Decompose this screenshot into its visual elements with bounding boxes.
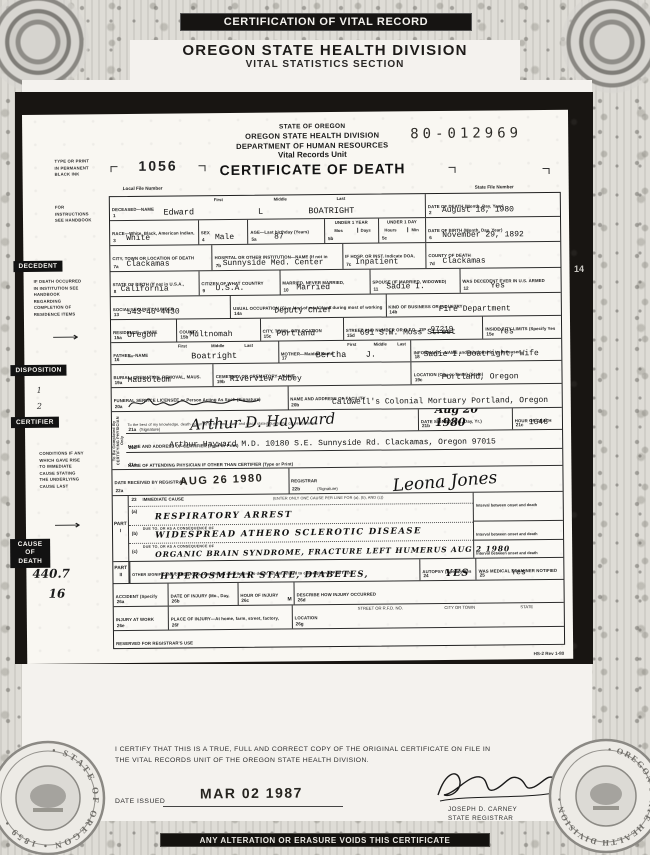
spouse-value: Sadie I. <box>386 282 424 291</box>
field-date-signed: DATE SIGNED (Mo., Day, Yr.) 21b Aug 20 1… <box>418 408 512 430</box>
field-deceased-name-label: DECEASED—NAME <box>112 207 154 212</box>
county-of-death-value: Clackamas <box>442 257 485 266</box>
race-value: White <box>126 234 150 243</box>
field-number: 21c <box>516 422 524 427</box>
side-mark: 14 <box>574 264 584 274</box>
field-date-received: DATE RECEIVED BY REGISTRAR 22a AUG 26 19… <box>112 468 288 495</box>
date-issued-label: DATE ISSUED <box>115 798 165 805</box>
registrar-sub-label: (Signature) <box>317 486 338 491</box>
field-mother-name: MOTHER—Maiden Name First Middle Last 17 … <box>278 340 411 362</box>
registration-mark <box>198 165 205 171</box>
margin-decedent-note: IF DEATH OCCURRED IN INSTITUTION SEE HAN… <box>34 278 86 317</box>
margin-tag-disposition: DISPOSITION <box>10 365 66 377</box>
field-residence-street: STREET AND NUMBER OR R.F.D., ZIP 97219 1… <box>343 317 483 340</box>
field-number: 26a <box>117 599 125 604</box>
field-number: 17 <box>282 355 287 360</box>
field-residence-city: CITY, TOWN, OR LOCATION 15c Portland <box>259 318 342 341</box>
inside-city-limits-value: Yes <box>499 327 513 336</box>
field-number: 15e <box>486 331 494 336</box>
field-race-label: RACE—White, Black, American Indian, etc.… <box>112 230 194 245</box>
field-number: 1 <box>113 213 116 218</box>
field-number: 21d <box>129 445 137 450</box>
residence-county-value: Multnomah <box>189 330 232 339</box>
field-number: 14b <box>389 309 397 314</box>
registration-mark <box>543 168 550 174</box>
alteration-warning-banner: ANY ALTERATION OR ERASURE VOIDS THIS CER… <box>160 833 490 847</box>
cause-a-value: RESPIRATORY ARREST <box>155 510 293 522</box>
certifying-physician-vertical-note: To Be Completed By CERTIFYING PHYSICIAN … <box>112 412 126 469</box>
field-ssn: SOCIAL SECURITY NUMBER 13 543-46-4430 <box>111 296 230 319</box>
reserved-label: RESERVED FOR REGISTRAR'S USE <box>116 640 193 646</box>
field-number: 26e <box>117 623 125 628</box>
registration-mark <box>449 167 456 173</box>
sub-first: First <box>178 343 187 348</box>
sub-mos: Mos <box>334 228 342 233</box>
field-spouse: SPOUSE (IF MARRIED, WIDOWED) 11 Sadie I. <box>369 269 459 294</box>
photocopy-region: 14 STATE OF OREGON OREGON STATE HEALTH D… <box>15 92 593 664</box>
sub-city-or-town: CITY OR TOWN <box>444 605 475 610</box>
field-number: 20b <box>291 402 299 407</box>
certificate-page: CERTIFICATION OF VITAL RECORD OREGON STA… <box>0 0 650 855</box>
field-injury-location-label: LOCATION <box>295 615 318 620</box>
field-certifier-signature: To the best of my knowledge, death occur… <box>125 409 418 433</box>
deceased-middle-name: L <box>258 207 263 217</box>
autopsy-value: YES <box>445 568 469 579</box>
state-registrar-signature <box>430 765 560 807</box>
industry-value: Fire Department <box>439 304 511 314</box>
medical-examiner-value: Yes <box>511 568 525 577</box>
field-date-of-death: DATE OF DEATH (Month, Day, Year) 2 Augus… <box>425 193 560 217</box>
sub-first: First <box>347 342 356 347</box>
field-date-of-injury: DATE OF INJURY (Mo., Day, Yr.) 26b <box>168 583 238 606</box>
certificate-sheet: STATE OF OREGON OREGON STATE HEALTH DIVI… <box>22 110 573 664</box>
margin-tag-cause-of-death: CAUSE OF DEATH <box>10 539 50 569</box>
immediate-cause-label: IMMEDIATE CAUSE <box>142 496 184 502</box>
field-number: 21e <box>129 462 137 467</box>
field-industry: KIND OF BUSINESS OR INDUSTRY 14b Fire De… <box>385 293 561 317</box>
state-registrar-name: JOSEPH D. CARNEY <box>448 805 517 814</box>
copy-certification-text: I CERTIFY THAT THIS IS A TRUE, FULL AND … <box>115 745 490 767</box>
margin-tag-decedent: DECEDENT <box>13 261 62 272</box>
hour-of-death-value: 1646 <box>529 418 548 427</box>
sub-middle: Middle <box>274 196 287 201</box>
division-title: OREGON STATE HEALTH DIVISION <box>130 40 520 59</box>
field-number: 11 <box>373 287 378 292</box>
field-citizen: CITIZEN OF WHAT COUNTRY 9 U.S.A. <box>198 271 279 296</box>
field-number: 26f <box>172 623 179 628</box>
field-occupation: USUAL OCCUPATION (Give kind of work done… <box>230 295 385 318</box>
immediate-cause-note: (ENTER ONLY ONE CAUSE PER LINE FOR (a), … <box>273 496 383 502</box>
field-number: 7b <box>216 263 221 268</box>
field-number: 25 <box>480 573 485 578</box>
field-number: 13 <box>114 312 119 317</box>
father-name-value: Boatright <box>191 351 237 361</box>
division-header: OREGON STATE HEALTH DIVISION VITAL STATI… <box>130 40 520 80</box>
sub-min: Min <box>408 227 419 232</box>
field-number: 3 <box>113 238 116 243</box>
field-hospital-status: IF HOSP. OR INST. Indicate DOA, OP/Emer.… <box>342 243 425 269</box>
date-received-stamp: AUG 26 1980 <box>179 472 263 488</box>
alteration-warning-text: ANY ALTERATION OR ERASURE VOIDS THIS CER… <box>200 836 451 845</box>
certificate-title: CERTIFICATE OF DEATH <box>190 160 434 180</box>
field-number: 23 <box>131 497 136 502</box>
certificate-header: STATE OF OREGON OREGON STATE HEALTH DIVI… <box>190 122 435 180</box>
informant-value: Sadie I. Boatright, Wife <box>424 349 539 359</box>
field-race: RACE—White, Black, American Indian, etc.… <box>110 220 198 245</box>
field-under-1-year: UNDER 1 YEAR Mos Days 5b <box>324 219 378 244</box>
field-number: 20a <box>115 404 123 409</box>
cause-b-letter: (b) <box>132 530 138 535</box>
field-hour-of-death: HOUR OF DEATH 21c 1646 <box>512 408 562 429</box>
field-cemetery: CEMETERY OR CREMATORY—NAME 19b Riverview… <box>213 362 411 386</box>
state-file-stamp-number: 80-012969 <box>410 125 522 142</box>
citizen-value: U.S.A. <box>215 284 244 293</box>
field-under-1-year-label: UNDER 1 YEAR <box>327 220 376 226</box>
sub-first: First <box>214 197 223 202</box>
field-number: 22a <box>116 488 124 493</box>
field-describe-injury: DESCRIBE HOW INJURY OCCURRED 26d <box>293 580 563 605</box>
registrar-signature-value: Leona Jones <box>392 468 498 494</box>
hospital-value: Sunnyside Med. Center <box>223 258 324 268</box>
sub-last: Last <box>397 341 406 346</box>
deceased-last-name: BOATRIGHT <box>308 206 354 216</box>
margin-handwritten-mark-1: 1 <box>37 383 42 400</box>
field-residence-state: RESIDENCE—STATE 15a Oregon <box>111 320 176 343</box>
field-number: 18 <box>415 354 420 359</box>
arrow-right-icon: ⟶ <box>52 330 79 343</box>
field-accident: ACCIDENT (Specify Yes or No) 26a <box>114 584 168 607</box>
field-number: 5c <box>382 236 387 241</box>
ssn-value: 543-46-4430 <box>127 307 180 317</box>
margin-tag-certifier: CERTIFIER <box>11 417 59 428</box>
date-issued-stamp: MAR 02 1987 <box>200 785 303 802</box>
field-number: 7a <box>113 264 118 269</box>
date-of-death-value: August 18, 1980 <box>442 205 514 215</box>
certification-banner: CERTIFICATION OF VITAL RECORD <box>180 13 472 31</box>
date-of-birth-value: November 29, 1892 <box>442 230 524 240</box>
certifier-name-value: Arthur Hayward M.D. 10180 S.E. Sunnyside… <box>169 437 496 449</box>
field-sex-label: SEX <box>201 230 210 235</box>
field-hour-of-injury: HOUR OF INJURY 26c M <box>237 582 293 605</box>
form-grid: DECEASED—NAME First Middle Last 1 Edward… <box>109 192 565 649</box>
field-funeral-licensee: FUNERAL SERVICE LICENSEE or Person Actin… <box>112 386 288 411</box>
cemetery-value: Riverview Abbey <box>230 374 302 384</box>
occupation-value: Deputy Chief <box>274 306 332 316</box>
margin-instructions-note: FOR INSTRUCTIONS SEE HANDBOOK <box>55 204 95 224</box>
hospital-status-value: Inpatient <box>355 257 398 266</box>
deceased-first-name: Edward <box>163 207 194 217</box>
field-number: 15d <box>347 333 355 338</box>
sub-middle: Middle <box>374 342 387 347</box>
state-file-label: State File Number <box>475 184 514 189</box>
field-autopsy: AUTOPSY (Specify Yes or No) 24 YES <box>419 559 475 581</box>
state-of-oregon-seal: • STATE OF OREGON • 1859 • <box>0 738 108 855</box>
margin-code-2: 16 <box>49 587 66 601</box>
field-number: 7c <box>346 262 351 267</box>
field-disposition-location: LOCATION (City or Town) (State) 19c Port… <box>411 361 562 384</box>
sex-value: Male <box>215 233 234 242</box>
registration-mark <box>110 166 117 172</box>
health-division-seal: • OREGON STATE HEALTH DIVISION • <box>546 736 650 855</box>
margin-handwritten-mark-2: 2 <box>37 399 42 416</box>
field-number: 26g <box>296 621 304 626</box>
residence-state-value: Oregon <box>127 331 156 340</box>
interval-label-a: Interval between onset and death <box>476 502 537 508</box>
field-marital-status: MARRIED, NEVER MARRIED, WIDOWED, DIVORCE… <box>279 270 369 295</box>
field-disposition-type: BURIAL, CREMATION, REMOVAL, MAUS. (Speci… <box>111 364 212 387</box>
field-number: 8 <box>114 289 117 294</box>
age-value: 87 <box>274 232 284 241</box>
field-number: 15c <box>264 334 272 339</box>
sub-last: Last <box>244 343 253 348</box>
field-deceased-name: DECEASED—NAME First Middle Last 1 Edward… <box>110 194 425 220</box>
form-number: HS-2 Rev 1-80 <box>534 651 565 656</box>
sub-street: STREET OR R.F.D. NO. <box>358 605 403 610</box>
mother-middle-initial: J. <box>366 350 376 360</box>
field-under-1-day: UNDER 1 DAY Hours Min 5c <box>378 218 425 242</box>
field-date-of-birth: DATE OF BIRTH (Month, Day, Year) 6 Novem… <box>425 217 560 242</box>
field-age: AGE—Last birthday (Years) 5a 87 <box>247 219 324 244</box>
field-place-of-injury-label: PLACE OF INJURY—At home, farm, street, f… <box>171 616 279 630</box>
field-registrar-label: REGISTRAR <box>291 478 317 483</box>
part-two-label-2: II <box>113 573 128 580</box>
certifier-signature-value: Arthur D. Hayward <box>189 409 335 433</box>
facility-value: Caldwell's Colonial Mortuary Portland, O… <box>332 396 548 407</box>
date-signed-value: Aug 20 1980 <box>435 408 512 429</box>
cause-a-letter: (a) <box>132 509 138 514</box>
field-residence-county: COUNTY 15b Multnomah <box>176 319 259 342</box>
sub-last: Last <box>337 196 346 201</box>
armed-forces-value: Yes <box>490 281 504 290</box>
margin-code-1: 440.7 <box>32 567 70 581</box>
field-number: 4 <box>202 237 205 242</box>
hour-of-injury-m-mark: M <box>287 596 291 602</box>
date-issued-line <box>163 806 343 807</box>
interval-label-b: Interval between onset and death <box>476 531 537 537</box>
field-number: 5a <box>251 237 256 242</box>
field-number: 19a <box>115 380 123 385</box>
part-two-strip: PART II <box>113 562 129 583</box>
field-informant: INFORMANT—NAME and relationship to decea… <box>410 339 561 361</box>
signature-sub-label: (Signature) <box>139 427 160 432</box>
field-facility: NAME AND ADDRESS OF FACILITY 20b Caldwel… <box>287 384 562 410</box>
sub-state: STATE <box>520 604 533 609</box>
arrow-right-icon: ⟶ <box>54 518 81 531</box>
field-inside-city-limits-label: INSIDE CITY LIMITS (Specify Yes or No) <box>485 326 555 339</box>
field-father-name: FATHER—NAME First Middle Last 16 — Boatr… <box>111 342 278 365</box>
state-registrar-block: JOSEPH D. CARNEY STATE REGISTRAR <box>448 805 517 824</box>
field-number: 26b <box>172 599 180 604</box>
field-describe-injury-label: DESCRIBE HOW INJURY OCCURRED <box>297 592 376 598</box>
local-file-label: Local File Number <box>123 186 163 191</box>
field-number: 10 <box>283 287 288 292</box>
field-number: 6 <box>429 235 432 240</box>
field-number: 21a <box>128 427 136 432</box>
disposition-location-value: Portland, Oregon <box>442 372 519 382</box>
field-number: 14a <box>234 311 242 316</box>
certification-banner-text: CERTIFICATION OF VITAL RECORD <box>224 16 428 28</box>
state-of-birth-value: California <box>121 285 169 294</box>
field-inside-city-limits: INSIDE CITY LIMITS (Specify Yes or No) 1… <box>482 316 561 339</box>
cause-c-letter: (c) <box>132 549 138 554</box>
marital-status-value: Married <box>296 283 330 292</box>
field-hospital: HOSPITAL OR OTHER INSTITUTION—NAME (If n… <box>212 244 343 270</box>
field-place-of-injury: PLACE OF INJURY—At home, farm, street, f… <box>168 605 292 629</box>
field-city-of-death: CITY, TOWN OR LOCATION OF DEATH 7a Clack… <box>110 245 211 271</box>
division-subtitle: VITAL STATISTICS SECTION <box>130 59 520 70</box>
part-one-label-2: I <box>113 529 128 536</box>
field-registrar: REGISTRAR 22b (Signature) Leona Jones <box>288 466 563 494</box>
field-other-conditions: OTHER SIGNIFICANT CONDITIONS—Conditions … <box>129 559 419 583</box>
funeral-licensee-signature <box>126 394 266 411</box>
field-number: 21b <box>422 423 430 428</box>
field-number: 26c <box>241 598 249 603</box>
copy-certification-line-1: I CERTIFY THAT THIS IS A TRUE, FULL AND … <box>115 745 490 756</box>
field-number: 7d <box>429 261 434 266</box>
part-one-strip: PART I <box>113 496 129 561</box>
residence-street-value: 691 S.W. Moss Street <box>360 328 456 338</box>
local-file-number-value: 1056 <box>138 158 177 174</box>
sub-days: Days <box>357 228 371 233</box>
field-number: 26d <box>298 597 306 602</box>
field-county-of-death: COUNTY OF DEATH 7d Clackamas <box>425 242 560 268</box>
field-date-received-label: DATE RECEIVED BY REGISTRAR <box>115 479 186 485</box>
field-number: 19b <box>217 379 225 384</box>
field-number: 24 <box>423 573 428 578</box>
disposition-type-value: Mausoleum <box>128 376 171 385</box>
field-number: 22b <box>292 486 300 491</box>
field-injury-location: LOCATION STREET OR R.F.D. NO. CITY OR TO… <box>291 603 563 629</box>
sub-hours: Hours <box>384 227 396 232</box>
field-number: 16 <box>114 357 119 362</box>
residence-city-value: Portland <box>277 329 315 338</box>
father-name-dash: — <box>128 352 133 362</box>
margin-type-note: TYPE OR PRINT IN PERMANENT BLACK INK <box>54 158 94 178</box>
margin-conditions-note: CONDITIONS IF ANY WHICH GAVE RISE TO IMM… <box>39 450 85 489</box>
sub-middle: Middle <box>211 343 224 348</box>
field-number: 19c <box>415 377 423 382</box>
field-armed-forces: WAS DECEDENT EVER IN U.S. ARMED FORCES? … <box>459 268 560 293</box>
field-injury-at-work: INJURY AT WORK (Specify Yes or No) 26e <box>114 607 168 631</box>
field-number: 5b <box>328 236 333 241</box>
field-number: 12 <box>463 286 468 291</box>
field-number: 15b <box>180 334 188 339</box>
city-of-death-value: Clackamas <box>126 260 169 269</box>
field-number: 2 <box>429 210 432 215</box>
field-medical-examiner: WAS MEDICAL EXAMINER NOTIFIED (Specify Y… <box>476 558 564 580</box>
field-under-1-day-label: UNDER 1 DAY <box>381 219 423 225</box>
other-conditions-value: HYPEROSMILAR STATE, DIABETES, <box>160 570 369 582</box>
field-state-of-birth: STATE OF BIRTH (If not in U.S.A., name c… <box>111 271 199 296</box>
mother-first-name: Bertha <box>316 350 347 360</box>
field-number: 9 <box>202 288 205 293</box>
field-number: 15a <box>114 335 122 340</box>
field-sex: SEX 4 Male <box>198 220 248 244</box>
field-reserved-registrar: RESERVED FOR REGISTRAR'S USE <box>114 627 564 648</box>
state-registrar-title: STATE REGISTRAR <box>448 814 517 823</box>
